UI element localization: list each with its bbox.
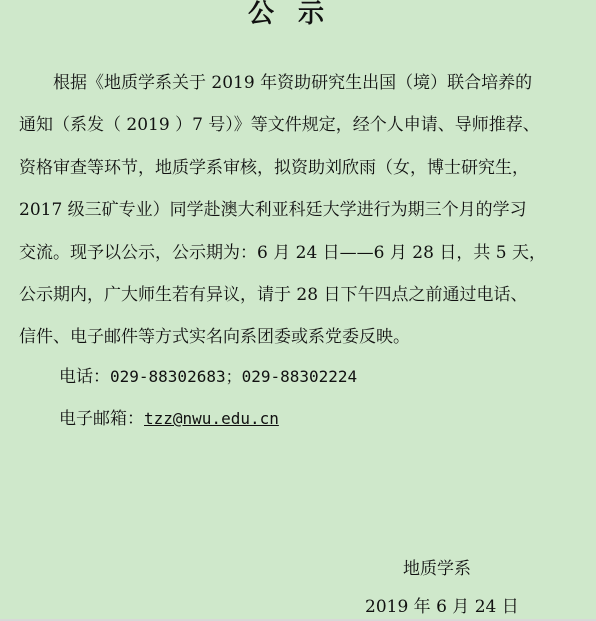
phone-contact: 电话：029-88302683；029-88302224	[59, 362, 357, 387]
body-line: 公示期内，广大师生若有异议，请于 28 日下午四点之前通过电话、	[19, 274, 579, 316]
body-line: 根据《地质学系关于 2019 年资助研究生出国（境）联合培养的	[19, 62, 579, 104]
body-line: 信件、电子邮件等方式实名向系团委或系党委反映。	[19, 316, 579, 358]
phone-label: 电话：	[59, 367, 110, 387]
phone-value: 029-88302683；029-88302224	[110, 367, 357, 386]
body-line: 交流。现予以公示，公示期为：6 月 24 日——6 月 28 日，共 5 天，	[19, 232, 579, 274]
body-line: 通知（系发（ 2019 ）7 号）》等文件规定，经个人申请、导师推荐、	[19, 104, 579, 146]
document-title: 公示	[0, 0, 596, 32]
notice-body: 根据《地质学系关于 2019 年资助研究生出国（境）联合培养的 通知（系发（ 2…	[19, 62, 579, 359]
body-line: 资格审查等环节，地质学系审核，拟资助刘欣雨（女，博士研究生，	[19, 147, 579, 189]
signature-organization: 地质学系	[403, 554, 471, 579]
email-contact: 电子邮箱：tzz@nwu.edu.cn	[59, 404, 279, 429]
signature-date: 2019 年 6 月 24 日	[365, 592, 519, 617]
email-label: 电子邮箱：	[59, 409, 144, 429]
email-link[interactable]: tzz@nwu.edu.cn	[144, 409, 279, 428]
body-line: 2017 级三矿专业）同学赴澳大利亚科廷大学进行为期三个月的学习	[19, 189, 579, 231]
